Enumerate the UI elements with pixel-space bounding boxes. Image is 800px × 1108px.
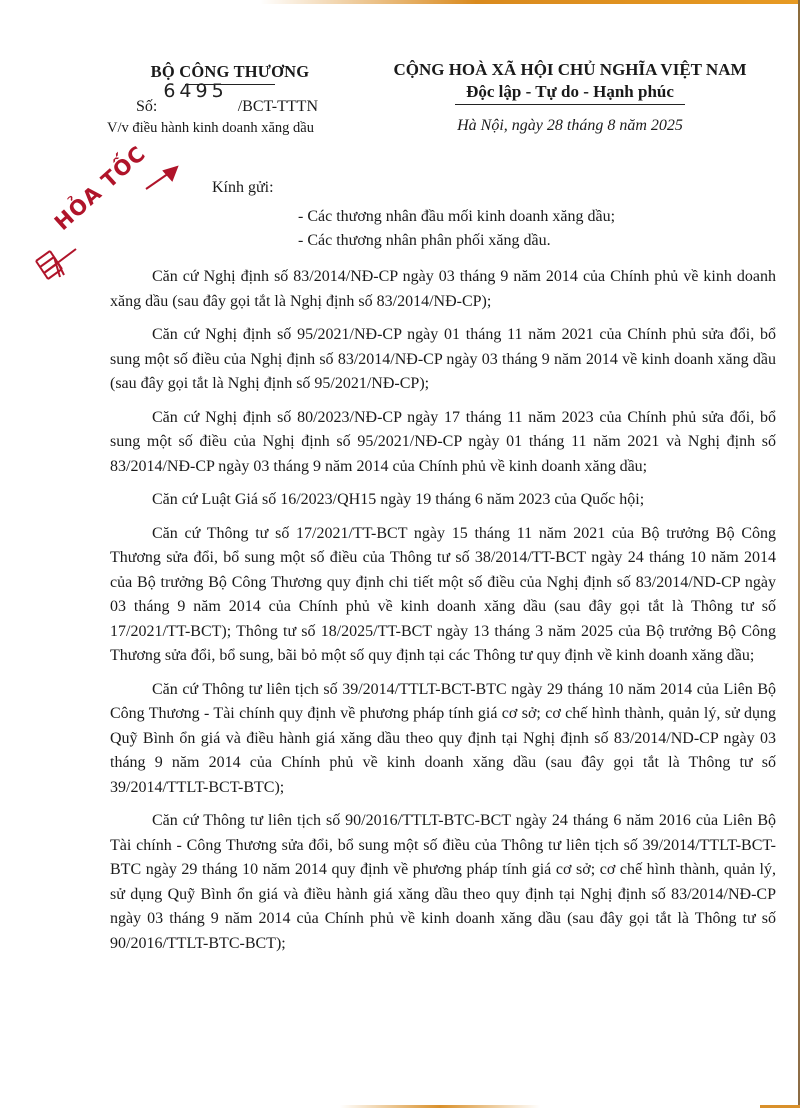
- recipient-item: - Các thương nhân phân phối xăng dầu.: [298, 229, 615, 253]
- body-paragraph: Căn cứ Thông tư liên tịch số 90/2016/TTL…: [110, 809, 776, 956]
- document-body: Căn cứ Nghị định số 83/2014/NĐ-CP ngày 0…: [110, 265, 776, 965]
- document-number: Số: 6495 /BCT-TTTN: [136, 82, 318, 104]
- national-motto: Độc lập - Tự do - Hạnh phúc: [360, 82, 780, 102]
- body-paragraph: Căn cứ Nghị định số 83/2014/NĐ-CP ngày 0…: [110, 265, 776, 314]
- body-paragraph: Căn cứ Luật Giá số 16/2023/QH15 ngày 19 …: [110, 488, 776, 513]
- scan-edge-top: [260, 0, 800, 4]
- document-number-suffix: /BCT-TTTN: [238, 98, 318, 115]
- nation-title: CỘNG HOÀ XÃ HỘI CHỦ NGHĨA VIỆT NAM: [360, 60, 780, 80]
- body-paragraph: Căn cứ Thông tư liên tịch số 39/2014/TTL…: [110, 678, 776, 801]
- body-paragraph: Căn cứ Nghị định số 80/2023/NĐ-CP ngày 1…: [110, 406, 776, 480]
- document-number-label: Số:: [136, 98, 157, 115]
- recipient-list: - Các thương nhân đầu mối kinh doanh xăn…: [298, 205, 615, 253]
- document-number-value: 6495: [163, 80, 227, 102]
- motto-underline: [455, 104, 685, 105]
- organization-name: BỘ CÔNG THƯƠNG: [110, 62, 350, 82]
- national-header-block: CỘNG HOÀ XÃ HỘI CHỦ NGHĨA VIỆT NAM Độc l…: [360, 60, 780, 135]
- body-paragraph: Căn cứ Thông tư số 17/2021/TT-BCT ngày 1…: [110, 522, 776, 669]
- place-and-date: Hà Nội, ngày 28 tháng 8 năm 2025: [360, 117, 780, 135]
- body-paragraph: Căn cứ Nghị định số 95/2021/NĐ-CP ngày 0…: [110, 323, 776, 397]
- recipient-label: Kính gửi:: [212, 179, 274, 197]
- recipient-item: - Các thương nhân đầu mối kinh doanh xăn…: [298, 205, 615, 229]
- document-subject: V/v điều hành kinh doanh xăng dầu: [107, 120, 314, 137]
